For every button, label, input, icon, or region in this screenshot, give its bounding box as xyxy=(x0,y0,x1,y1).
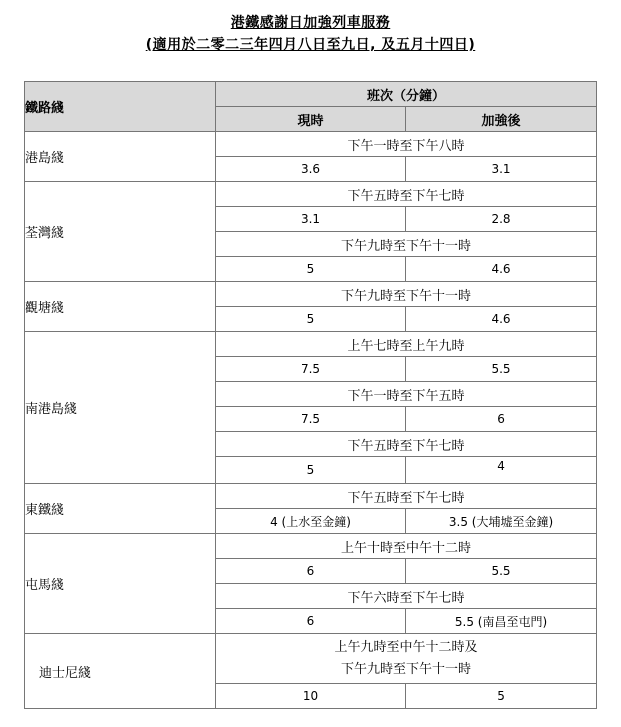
current-frequency: 5 xyxy=(216,257,406,282)
current-frequency: 5 xyxy=(216,457,406,484)
document-heading: 港鐵感謝日加強列車服務 (適用於二零二三年四月八日至九日, 及五月十四日) xyxy=(0,12,621,56)
table-row: 南港島綫 上午七時至上午九時 xyxy=(25,332,597,357)
enhanced-frequency: 5.5 (南昌至屯門) xyxy=(406,609,597,634)
table-row: 觀塘綫 下午九時至下午十一時 xyxy=(25,282,597,307)
current-frequency: 3.6 xyxy=(216,157,406,182)
period-time: 下午一時至下午八時 xyxy=(216,132,597,157)
enhanced-frequency: 2.8 xyxy=(406,207,597,232)
current-frequency: 10 xyxy=(216,684,406,709)
line-name-east-rail: 東鐵綫 xyxy=(25,484,216,534)
header-railway-line: 鐵路綫 xyxy=(25,82,216,132)
period-time: 下午五時至下午七時 xyxy=(216,484,597,509)
table-row: 屯馬綫 上午十時至中午十二時 xyxy=(25,534,597,559)
enhanced-frequency: 5 xyxy=(406,684,597,709)
current-frequency: 7.5 xyxy=(216,407,406,432)
line-name-disneyland-resort: 迪士尼綫 xyxy=(25,634,216,709)
period-time: 下午五時至下午七時 xyxy=(216,432,597,457)
service-frequency-table: 鐵路綫 班次（分鐘） 現時 加強後 港島綫 下午一時至下午八時 3.6 3.1 … xyxy=(24,81,597,709)
line-name-tuen-ma: 屯馬綫 xyxy=(25,534,216,634)
enhanced-frequency: 4.6 xyxy=(406,257,597,282)
enhanced-frequency: 4 xyxy=(406,457,597,484)
period-time: 下午五時至下午七時 xyxy=(216,182,597,207)
line-name-tsuen-wan: 荃灣綫 xyxy=(25,182,216,282)
enhanced-frequency: 5.5 xyxy=(406,559,597,584)
current-frequency: 6 xyxy=(216,609,406,634)
header-current: 現時 xyxy=(216,107,406,132)
line-name-island: 港島綫 xyxy=(25,132,216,182)
header-row: 鐵路綫 班次（分鐘） xyxy=(25,82,597,107)
current-frequency: 6 xyxy=(216,559,406,584)
table-row: 荃灣綫 下午五時至下午七時 xyxy=(25,182,597,207)
period-time: 下午九時至下午十一時 xyxy=(216,232,597,257)
period-time-line1: 上午九時至中午十二時及 xyxy=(335,640,478,655)
period-time: 下午六時至下午七時 xyxy=(216,584,597,609)
current-frequency: 5 xyxy=(216,307,406,332)
enhanced-frequency: 3.1 xyxy=(406,157,597,182)
current-frequency: 7.5 xyxy=(216,357,406,382)
header-enhanced: 加強後 xyxy=(406,107,597,132)
header-frequency-group: 班次（分鐘） xyxy=(216,82,597,107)
period-time: 下午九時至下午十一時 xyxy=(216,282,597,307)
enhanced-frequency: 3.5 (大埔墟至金鐘) xyxy=(406,509,597,534)
period-time: 上午七時至上午九時 xyxy=(216,332,597,357)
enhanced-frequency: 6 xyxy=(406,407,597,432)
current-frequency: 4 (上水至金鐘) xyxy=(216,509,406,534)
line-name-south-island: 南港島綫 xyxy=(25,332,216,484)
line-name-kwun-tong: 觀塘綫 xyxy=(25,282,216,332)
period-time: 上午九時至中午十二時及 下午九時至下午十一時 xyxy=(216,634,597,684)
document-title: 港鐵感謝日加強列車服務 xyxy=(0,12,621,34)
period-time: 下午一時至下午五時 xyxy=(216,382,597,407)
enhanced-frequency: 5.5 xyxy=(406,357,597,382)
current-frequency: 3.1 xyxy=(216,207,406,232)
table-row: 港島綫 下午一時至下午八時 xyxy=(25,132,597,157)
table-row: 迪士尼綫 上午九時至中午十二時及 下午九時至下午十一時 xyxy=(25,634,597,684)
document-subtitle: (適用於二零二三年四月八日至九日, 及五月十四日) xyxy=(0,34,621,56)
period-time: 上午十時至中午十二時 xyxy=(216,534,597,559)
period-time-line2: 下午九時至下午十一時 xyxy=(341,662,471,677)
table-row: 東鐵綫 下午五時至下午七時 xyxy=(25,484,597,509)
enhanced-frequency: 4.6 xyxy=(406,307,597,332)
